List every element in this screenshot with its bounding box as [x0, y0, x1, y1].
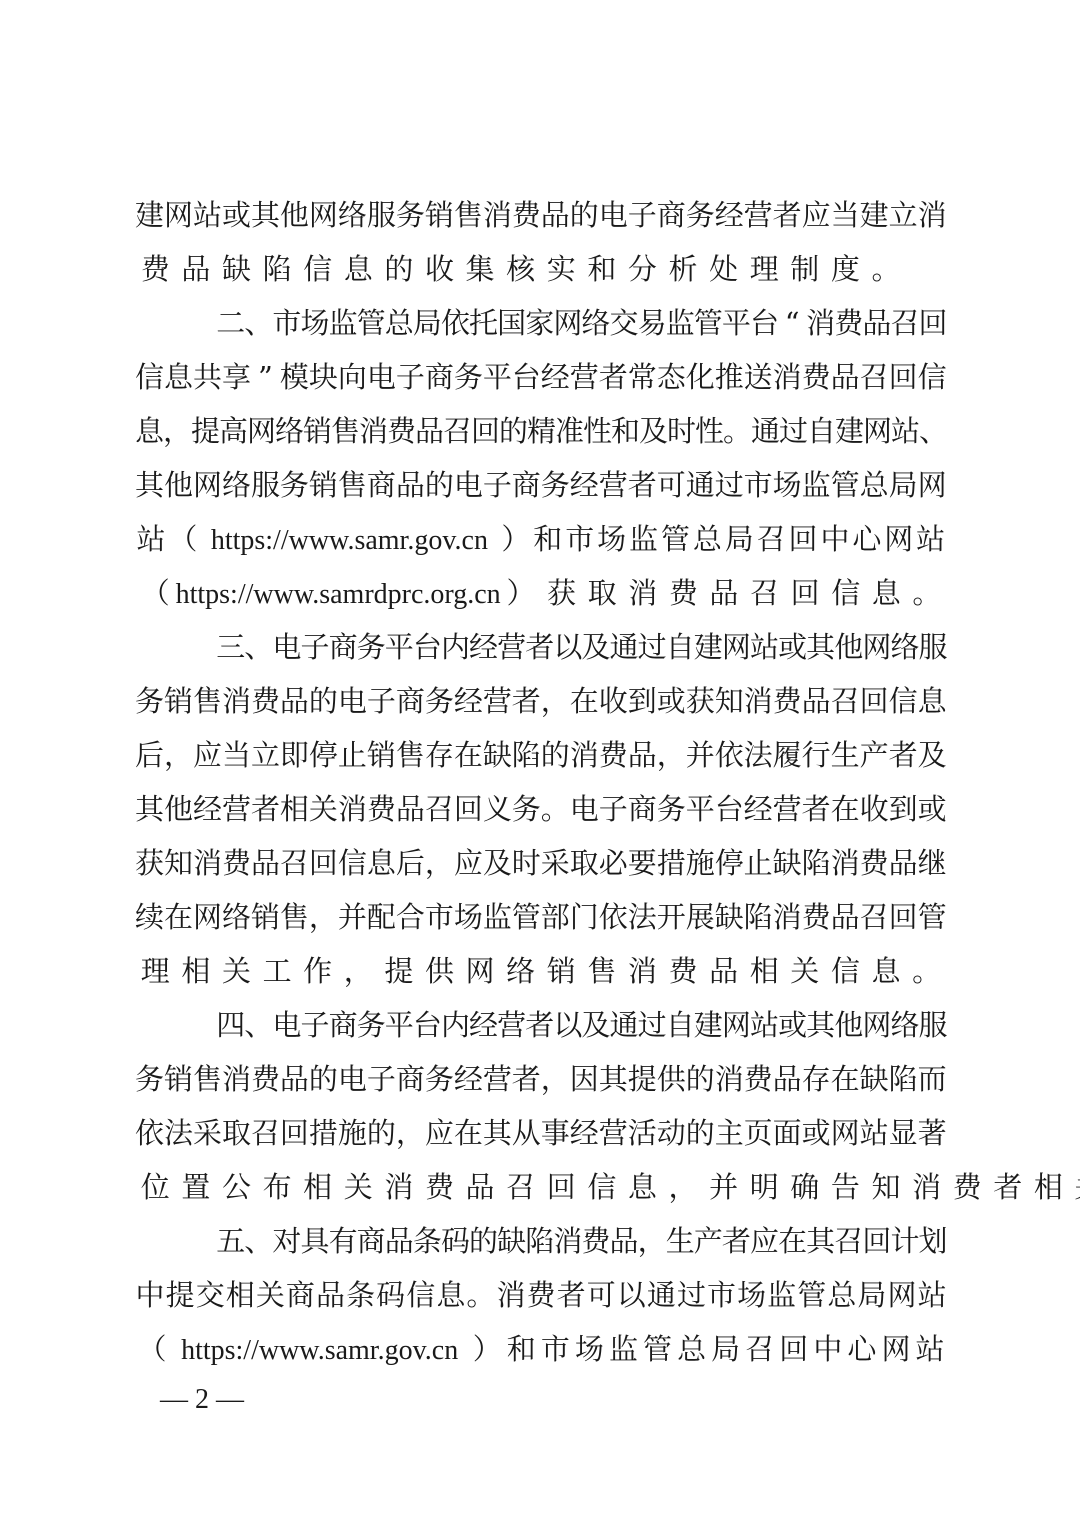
text-line: 费品缺陷信息的收集核实和分析处理制度。	[135, 242, 947, 296]
text-line: 中提交相关商品条码信息。消费者可以通过市场监管总局网站	[135, 1268, 947, 1322]
document-page: 建网站或其他网络服务销售消费品的电子商务经营者应当建立消 费品缺陷信息的收集核实…	[0, 0, 1080, 1527]
text-line-with-link: （https://www.samrdprc.org.cn）获取消费品召回信息。	[135, 566, 947, 620]
text-line: 务销售消费品的电子商务经营者，因其提供的消费品存在缺陷而	[135, 1052, 947, 1106]
paragraph-5-start: 五、对具有商品条码的缺陷消费品，生产者应在其召回计划	[135, 1214, 947, 1268]
text-line: 位置公布相关消费品召回信息，并明确告知消费者相关权利。	[135, 1160, 947, 1214]
page-number: — 2 —	[160, 1380, 244, 1420]
text-line: 息，提高网络销售消费品召回的精准性和及时性。通过自建网站、	[135, 404, 947, 458]
text-line-with-link: （https://www.samr.gov.cn）和市场监管总局召回中心网站	[135, 1322, 947, 1376]
text-line: 后，应当立即停止销售存在缺陷的消费品，并依法履行生产者及	[135, 728, 947, 782]
text-line: 务销售消费品的电子商务经营者，在收到或获知消费品召回信息	[135, 674, 947, 728]
text-line: 依法采取召回措施的，应在其从事经营活动的主页面或网站显著	[135, 1106, 947, 1160]
text-line-with-link: 站（https://www.samr.gov.cn）和市场监管总局召回中心网站	[135, 512, 947, 566]
text-line: 续在网络销售，并配合市场监管部门依法开展缺陷消费品召回管	[135, 890, 947, 944]
text-line: 理相关工作，提供网络销售消费品相关信息。	[135, 944, 947, 998]
text-line: 其他网络服务销售商品的电子商务经营者可通过市场监管总局网	[135, 458, 947, 512]
paragraph-2-start: 二、市场监管总局依托国家网络交易监管平台“消费品召回	[135, 296, 947, 350]
document-body: 建网站或其他网络服务销售消费品的电子商务经营者应当建立消 费品缺陷信息的收集核实…	[135, 188, 947, 1376]
text-line: 获知消费品召回信息后，应及时采取必要措施停止缺陷消费品继	[135, 836, 947, 890]
paragraph-3-start: 三、电子商务平台内经营者以及通过自建网站或其他网络服	[135, 620, 947, 674]
text-line: 其他经营者相关消费品召回义务。电子商务平台经营者在收到或	[135, 782, 947, 836]
text-line: 建网站或其他网络服务销售消费品的电子商务经营者应当建立消	[135, 188, 947, 242]
text-line: 信息共享”模块向电子商务平台经营者常态化推送消费品召回信	[135, 350, 947, 404]
paragraph-4-start: 四、电子商务平台内经营者以及通过自建网站或其他网络服	[135, 998, 947, 1052]
